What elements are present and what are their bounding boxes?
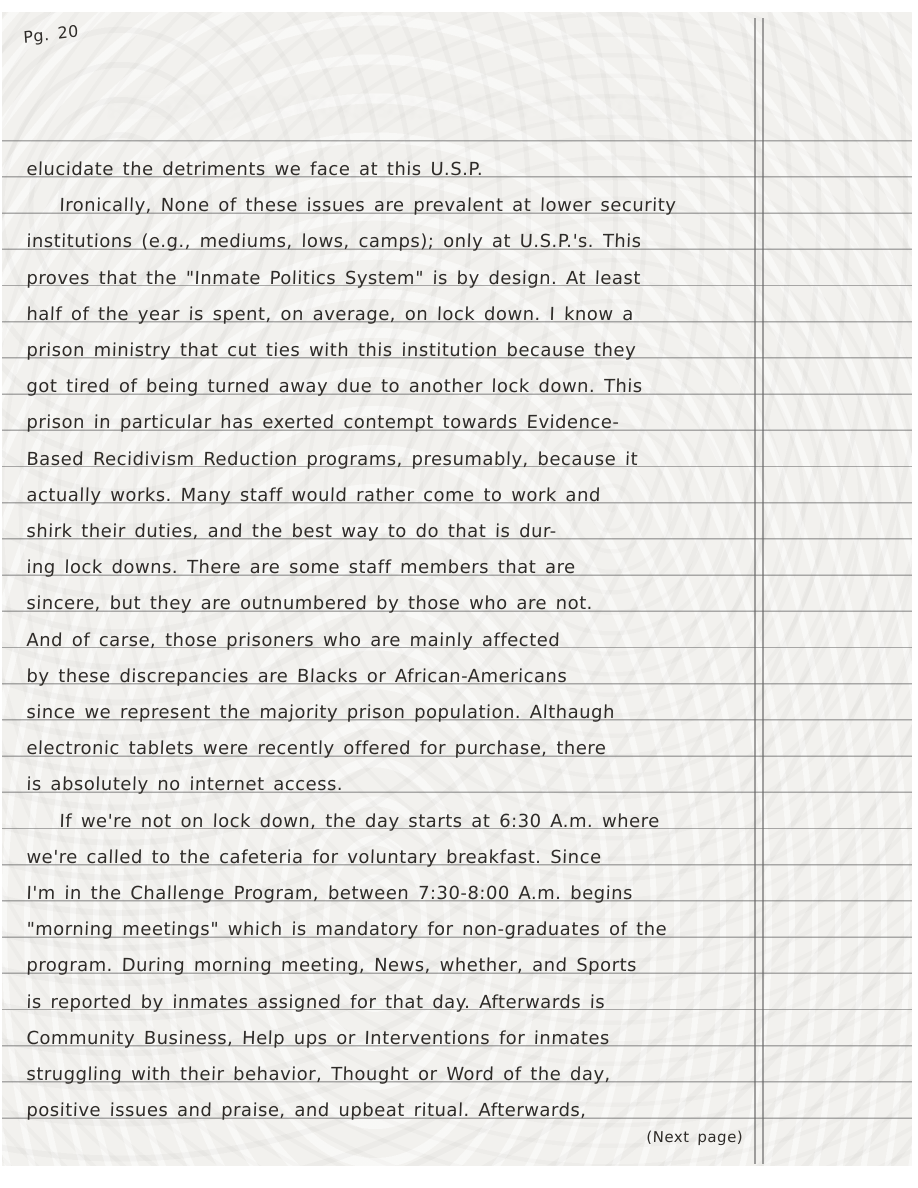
- handwritten-line: shirk their duties, and the best way to …: [26, 520, 557, 543]
- handwritten-line: by these discrepancies are Blacks or Afr…: [26, 665, 568, 688]
- handwritten-line: struggling with their behavior, Thought …: [26, 1063, 611, 1086]
- handwritten-line: sincere, but they are outnumbered by tho…: [26, 592, 593, 615]
- handwritten-line: program. During morning meeting, News, w…: [26, 954, 637, 977]
- handwritten-line: electronic tablets were recently offered…: [26, 737, 607, 760]
- handwritten-line: got tired of being turned away due to an…: [26, 375, 643, 398]
- handwritten-line: institutions (e.g., mediums, lows, camps…: [26, 230, 642, 253]
- handwritten-line: I'm in the Challenge Program, between 7:…: [26, 882, 633, 905]
- handwritten-line: we're called to the cafeteria for volunt…: [26, 846, 602, 869]
- margin-line-inner: [762, 18, 764, 1164]
- handwritten-line: Ironically, None of these issues are pre…: [59, 194, 677, 217]
- handwritten-line: prison ministry that cut ties with this …: [26, 339, 637, 362]
- handwritten-line: ing lock downs. There are some staff mem…: [26, 556, 576, 579]
- handwritten-line: And of carse, those prisoners who are ma…: [26, 629, 561, 652]
- handwritten-line: "morning meetings" which is mandatory fo…: [26, 918, 668, 941]
- handwritten-line: is reported by inmates assigned for that…: [26, 991, 606, 1014]
- handwritten-line: since we represent the majority prison p…: [26, 701, 615, 724]
- margin-line-outer: [754, 18, 756, 1164]
- handwritten-line: half of the year is spent, on average, o…: [26, 303, 634, 326]
- scanned-letter-page: Pg. 20 elucidate the detriments we face …: [0, 0, 918, 1188]
- handwritten-line: actually works. Many staff would rather …: [26, 484, 601, 507]
- handwritten-line: is absolutely no internet access.: [26, 773, 344, 796]
- ink-bleed-through: [108, 95, 708, 119]
- handwritten-line: Community Business, Help ups or Interven…: [26, 1027, 610, 1050]
- handwritten-line: positive issues and praise, and upbeat r…: [26, 1099, 587, 1122]
- next-page-note: (Next page): [646, 1128, 744, 1146]
- handwritten-line: prison in particular has exerted contemp…: [26, 411, 620, 434]
- handwritten-line: If we're not on lock down, the day start…: [59, 810, 660, 833]
- handwritten-line: Based Recidivism Reduction programs, pre…: [26, 448, 638, 471]
- handwritten-line: elucidate the detriments we face at this…: [26, 158, 484, 181]
- handwritten-line: proves that the "Inmate Politics System"…: [26, 267, 641, 290]
